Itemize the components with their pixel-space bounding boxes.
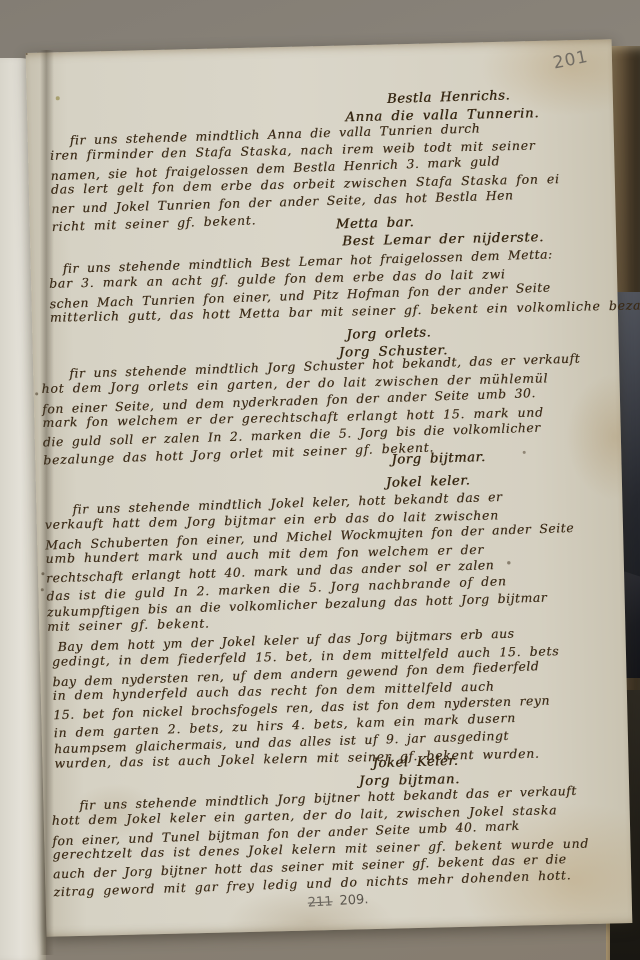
folio-number-current: 209. [339,892,369,909]
folio-number-struck: 211 [307,894,333,910]
manuscript-paragraph: fir uns stehende mindtlich Jorg Schuster… [41,350,619,466]
manuscript-page: 201 Bestla Henrichs.Anna die valla Tunne… [26,39,633,937]
manuscript-paragraph: Bay dem hott ym der Jokel keler uf das J… [51,623,626,772]
manuscript-heading: Jorg bijtmar. [391,449,486,469]
manuscript-paragraph: fir uns stehende mindtlich Jokel keler, … [44,486,625,636]
manuscript-text-layer: Bestla Henrichs.Anna die valla Tunnerin.… [26,39,633,937]
manuscript-line: Jorg bijtmar. [391,449,486,470]
manuscript-paragraph: fir uns stehende mindtlich Jorg bijtner … [51,782,631,898]
gutter-shadow [40,50,54,955]
manuscript-line: Jokel Keler. [372,753,460,774]
manuscript-paragraph: fir uns stehende mindtlich Best Lemar ho… [49,245,610,326]
manuscript-photo: 201 Bestla Henrichs.Anna die valla Tunne… [0,0,640,960]
